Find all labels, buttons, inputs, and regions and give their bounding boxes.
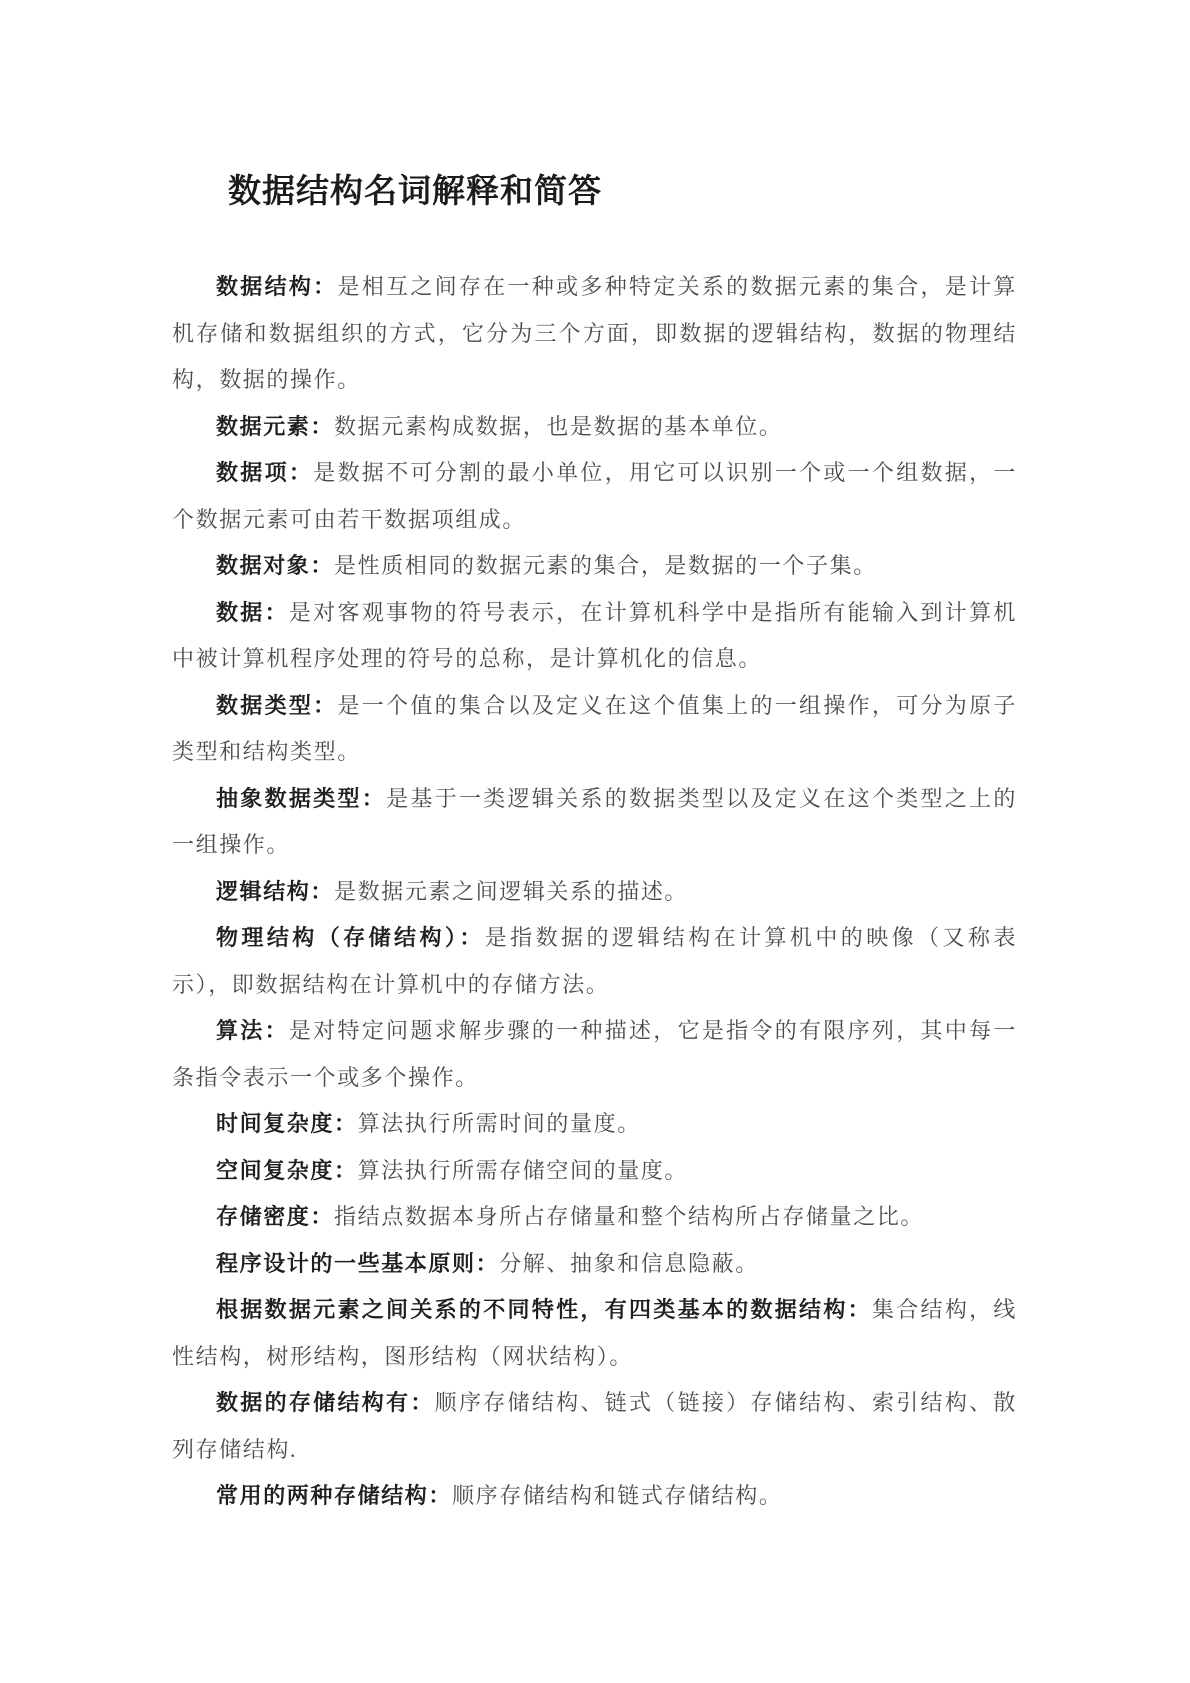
definition-paragraph: 数据的存储结构有：顺序存储结构、链式（链接）存储结构、索引结构、散列存储结构. bbox=[172, 1380, 1017, 1473]
definition-paragraph: 空间复杂度：算法执行所需存储空间的量度。 bbox=[172, 1148, 1017, 1195]
page-title: 数据结构名词解释和简答 bbox=[228, 172, 602, 210]
definition-paragraph: 数据元素：数据元素构成数据，也是数据的基本单位。 bbox=[172, 404, 1017, 451]
definition-paragraph: 抽象数据类型：是基于一类逻辑关系的数据类型以及定义在这个类型之上的一组操作。 bbox=[172, 776, 1017, 869]
term-label: 数据对象： bbox=[216, 553, 334, 578]
term-definition: 顺序存储结构和链式存储结构。 bbox=[452, 1483, 782, 1508]
definition-paragraph: 程序设计的一些基本原则：分解、抽象和信息隐蔽。 bbox=[172, 1241, 1017, 1288]
term-definition: 是对特定问题求解步骤的一种描述，它是指令的有限序列，其中每一条指令表示一个或多个… bbox=[172, 1018, 1017, 1090]
term-label: 数据的存储结构有： bbox=[216, 1390, 435, 1415]
document-page: 数据结构名词解释和简答 数据结构：是相互之间存在一种或多种特定关系的数据元素的集… bbox=[0, 0, 1190, 1683]
definition-paragraph: 数据类型：是一个值的集合以及定义在这个值集上的一组操作，可分为原子类型和结构类型… bbox=[172, 683, 1017, 776]
term-definition: 算法执行所需存储空间的量度。 bbox=[358, 1158, 688, 1183]
term-label: 数据结构： bbox=[216, 274, 337, 299]
term-definition: 算法执行所需时间的量度。 bbox=[358, 1111, 641, 1136]
term-label: 根据数据元素之间关系的不同特性，有四类基本的数据结构： bbox=[216, 1297, 872, 1322]
document-body: 数据结构：是相互之间存在一种或多种特定关系的数据元素的集合，是计算机存储和数据组… bbox=[172, 264, 1017, 1520]
term-definition: 是对客观事物的符号表示，在计算机科学中是指所有能输入到计算机中被计算机程序处理的… bbox=[172, 600, 1017, 672]
term-label: 物理结构（存储结构）： bbox=[216, 925, 485, 950]
term-definition: 数据元素构成数据，也是数据的基本单位。 bbox=[334, 414, 782, 439]
term-label: 空间复杂度： bbox=[216, 1158, 358, 1183]
term-label: 常用的两种存储结构： bbox=[216, 1483, 452, 1508]
definition-paragraph: 逻辑结构：是数据元素之间逻辑关系的描述。 bbox=[172, 869, 1017, 916]
term-label: 存储密度： bbox=[216, 1204, 334, 1229]
term-label: 算法： bbox=[216, 1018, 289, 1043]
term-label: 时间复杂度： bbox=[216, 1111, 358, 1136]
definition-paragraph: 常用的两种存储结构：顺序存储结构和链式存储结构。 bbox=[172, 1473, 1017, 1520]
term-definition: 是性质相同的数据元素的集合，是数据的一个子集。 bbox=[334, 553, 877, 578]
term-label: 抽象数据类型： bbox=[216, 786, 386, 811]
definition-paragraph: 根据数据元素之间关系的不同特性，有四类基本的数据结构：集合结构，线性结构，树形结… bbox=[172, 1287, 1017, 1380]
definition-paragraph: 存储密度：指结点数据本身所占存储量和整个结构所占存储量之比。 bbox=[172, 1194, 1017, 1241]
term-label: 逻辑结构： bbox=[216, 879, 334, 904]
term-label: 数据元素： bbox=[216, 414, 334, 439]
term-definition: 指结点数据本身所占存储量和整个结构所占存储量之比。 bbox=[334, 1204, 924, 1229]
definition-paragraph: 数据：是对客观事物的符号表示，在计算机科学中是指所有能输入到计算机中被计算机程序… bbox=[172, 590, 1017, 683]
term-definition: 是数据元素之间逻辑关系的描述。 bbox=[334, 879, 688, 904]
definition-paragraph: 数据对象：是性质相同的数据元素的集合，是数据的一个子集。 bbox=[172, 543, 1017, 590]
term-label: 数据项： bbox=[216, 460, 313, 485]
definition-paragraph: 算法：是对特定问题求解步骤的一种描述，它是指令的有限序列，其中每一条指令表示一个… bbox=[172, 1008, 1017, 1101]
term-definition: 分解、抽象和信息隐蔽。 bbox=[499, 1251, 759, 1276]
definition-paragraph: 物理结构（存储结构）：是指数据的逻辑结构在计算机中的映像（又称表示），即数据结构… bbox=[172, 915, 1017, 1008]
term-label: 程序设计的一些基本原则： bbox=[216, 1251, 499, 1276]
definition-paragraph: 数据结构：是相互之间存在一种或多种特定关系的数据元素的集合，是计算机存储和数据组… bbox=[172, 264, 1017, 404]
term-label: 数据类型： bbox=[216, 693, 337, 718]
term-label: 数据： bbox=[216, 600, 289, 625]
definition-paragraph: 时间复杂度：算法执行所需时间的量度。 bbox=[172, 1101, 1017, 1148]
definition-paragraph: 数据项：是数据不可分割的最小单位，用它可以识别一个或一个组数据，一个数据元素可由… bbox=[172, 450, 1017, 543]
